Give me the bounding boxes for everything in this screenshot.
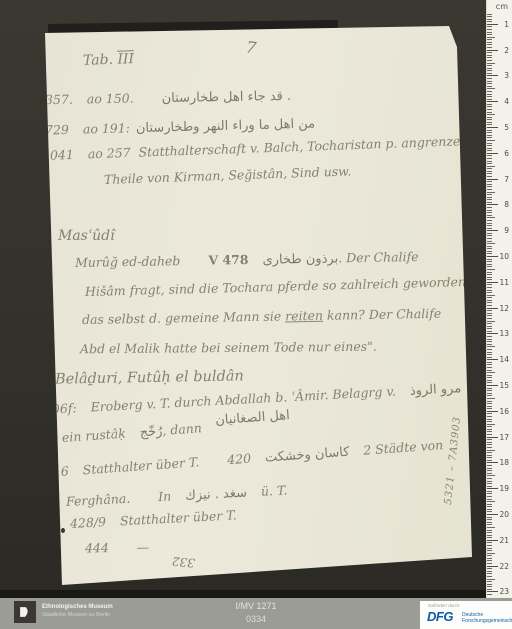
- masudi-line-3b-underlined: reiten: [285, 308, 323, 324]
- beladsuri-4-text1: Ferghâna.: [66, 491, 131, 509]
- beladsuri-line-2: ein rustâḳرُخّج, dannاهل الصغانيان: [61, 414, 290, 446]
- vertical-shelfmark-note: 5321 – 7A3903: [440, 390, 466, 530]
- entry-1-ref: 357.: [45, 92, 73, 107]
- beladsuri-4-arabic: سغد . نيزك: [185, 486, 248, 504]
- masudi-arabic: برذون طخاری: [262, 251, 338, 267]
- beladsuri-4-text3: ü. T.: [260, 482, 287, 498]
- masudi-line-3: das selbst d. gemeine Mann sie reiten ka…: [82, 306, 441, 327]
- beladsuri-1-text: Eroberg v. T. durch Abdallah b. ʿÂmir. B…: [90, 384, 396, 415]
- dfg-logo: DFG: [427, 609, 453, 624]
- masudi-line-3c: kann? Der Chalife: [323, 306, 441, 323]
- beladsuri-3-text1: Statthalter über T.: [82, 454, 200, 477]
- beladsuri-3-arabic: كاسان وخشكت: [265, 445, 350, 466]
- entry-line-2: 729ao 191:من اهل ما وراء النهر وطخارستان: [45, 115, 315, 138]
- entry-3-anno: ao 257: [88, 145, 131, 161]
- funding-label: Gefördert durch: [428, 603, 460, 608]
- beladsuri-6-ref: 444: [85, 540, 109, 555]
- tab-label: Tab. III: [83, 51, 135, 69]
- masudi-line-1-tail: . Der Chalife: [338, 249, 419, 265]
- masudi-line-1: Murûğ ed-dahebV 478برذون طخاری. Der Chal…: [75, 249, 419, 271]
- page-number: 7: [245, 37, 258, 57]
- scan-viewer: Tab. III 7 357.ao 150.. قد جاء اهل طخارس…: [0, 0, 512, 629]
- masudi-line-4: Abd el Malik hatte bei seinem Tode nur e…: [80, 339, 377, 357]
- tab-numeral: III: [117, 51, 134, 68]
- beladsuri-2-arabic2: اهل الصغانيان: [215, 408, 290, 428]
- beladsuri-5-text: Statthalter über T.: [120, 507, 237, 528]
- beladsuri-line-6: 444—: [85, 539, 150, 555]
- masudi-heading: Masʿûdî: [58, 228, 115, 244]
- cm-ruler: cm 1234567891011121314151617181920212223: [486, 0, 512, 600]
- masudi-line-2: Hišâm fragt, sind die Tochara pferde so …: [85, 274, 466, 299]
- ruler-unit-label: cm: [496, 2, 508, 11]
- beladsuri-6-dash: —: [137, 539, 150, 554]
- masudi-source-title: Murûğ ed-daheb: [75, 253, 181, 270]
- beladsuri-2-text2: , dann: [162, 420, 202, 438]
- beladsuri-heading: Belâḏuri, Futûḥ el buldân: [55, 368, 244, 387]
- tab-prefix: Tab.: [83, 52, 114, 69]
- bottom-folio-number: 332: [171, 554, 195, 570]
- entry-2-arabic: من اهل ما وراء النهر وطخارستان: [136, 116, 316, 136]
- entry-line-1: 357.ao 150.. قد جاء اهل طخارستان: [45, 88, 291, 108]
- beladsuri-2-text1: ein rustâḳ: [61, 426, 126, 445]
- entry-1-arabic: . قد جاء اهل طخارستان: [162, 89, 292, 106]
- beladsuri-4-text2: In: [158, 488, 172, 504]
- entry-1-anno: ao 150.: [87, 91, 134, 107]
- entry-2-anno: ao 191:: [83, 120, 130, 136]
- entry-line-4: Theile von Kirman, Seğistân, Sind usw.: [104, 163, 352, 187]
- beladsuri-2-arabic1: رُخّج: [139, 424, 163, 441]
- beladsuri-3-ref2: 420: [227, 451, 252, 468]
- beladsuri-line-5: 428/9Statthalter über T.: [70, 507, 237, 531]
- beladsuri-line-3: 416Statthalter über T.420كاسان وخشكت2 St…: [44, 437, 443, 481]
- dfg-funding-box: Gefördert durch DFG Deutsche Forschungsg…: [420, 601, 512, 629]
- entry-3-text: Statthalterschaft v. Balch, Tocharistan …: [138, 133, 476, 160]
- entry-line-3: 1041ao 257Statthalterschaft v. Balch, To…: [42, 133, 477, 163]
- beladsuri-3-text2: 2 Städte von: [363, 437, 444, 458]
- beladsuri-5-ref: 428/9: [70, 514, 107, 531]
- manuscript-page: Tab. III 7 357.ao 150.. قد جاء اهل طخارس…: [0, 0, 512, 629]
- masudi-line-3a: das selbst d. gemeine Mann sie: [82, 308, 285, 327]
- entry-2-ref: 729: [45, 122, 69, 138]
- masudi-volume-ref: V 478: [208, 252, 248, 268]
- paper-hole: [61, 528, 65, 533]
- beladsuri-line-4: Ferghâna.Inسغد . نيزكü. T.: [66, 482, 288, 510]
- funder-name-line2: Forschungsgemeinschaft: [462, 618, 512, 624]
